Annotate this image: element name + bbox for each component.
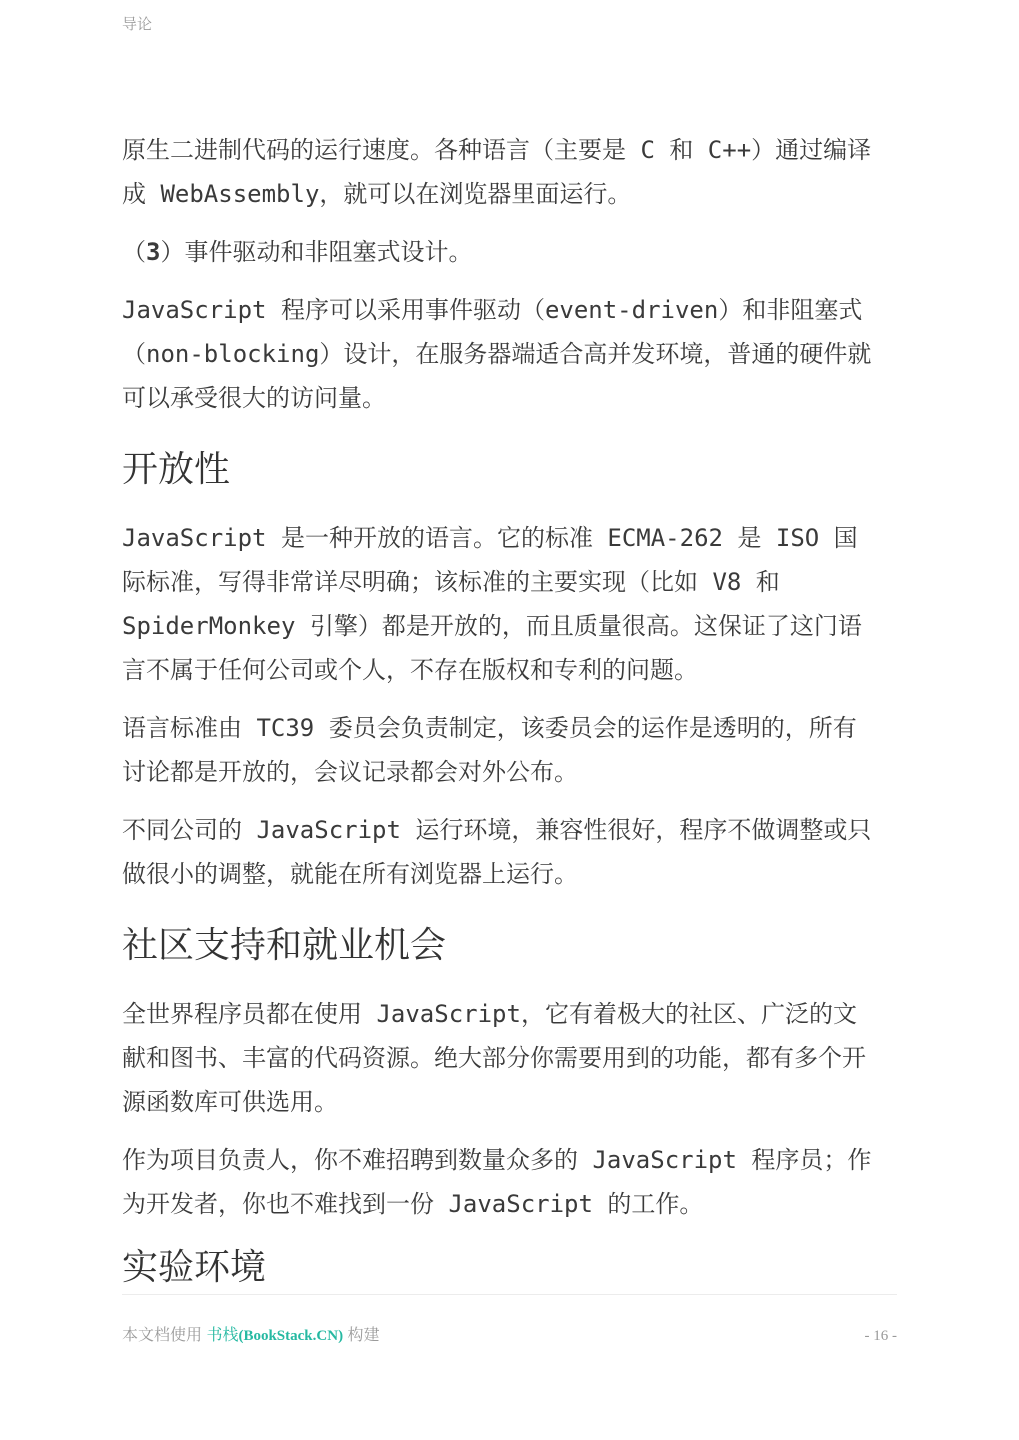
paragraph-community: 全世界程序员都在使用 JavaScript，它有着极大的社区、广泛的文 献和图书… [122, 992, 897, 1124]
bookstack-link-cn: 书栈 [206, 1327, 238, 1344]
page-footer: 本文档使用 书栈(BookStack.CN) 构建 - 16 - [122, 1295, 897, 1347]
item-3-pre: （ [122, 238, 146, 266]
paragraph-event-driven: JavaScript 程序可以采用事件驱动（event-driven）和非阻塞式… [122, 288, 897, 420]
item-3-number: 3 [146, 238, 160, 266]
text-line: （non-blocking）设计，在服务器端适合高并发环境，普通的硬件就 [122, 332, 897, 376]
section-heading-community: 社区支持和就业机会 [122, 924, 897, 966]
paragraph-tc39: 语言标准由 TC39 委员会负责制定，该委员会的运作是透明的，所有 讨论都是开放… [122, 706, 897, 794]
text-line: JavaScript 程序可以采用事件驱动（event-driven）和非阻塞式 [122, 288, 897, 332]
article-body: 原生二进制代码的运行速度。各种语言（主要是 C 和 C++）通过编译 成 Web… [122, 128, 897, 1347]
bookstack-link[interactable]: 书栈(BookStack.CN) [206, 1327, 343, 1344]
build-note-prefix: 本文档使用 [122, 1327, 206, 1344]
text-line: 言不属于任何公司或个人，不存在版权和专利的问题。 [122, 648, 897, 692]
paragraph-jobs: 作为项目负责人，你不难招聘到数量众多的 JavaScript 程序员；作 为开发… [122, 1138, 897, 1226]
item-3-post: ）事件驱动和非阻塞式设计。 [160, 238, 472, 266]
text-line: 讨论都是开放的，会议记录都会对外公布。 [122, 750, 897, 794]
paragraph-compatibility: 不同公司的 JavaScript 运行环境，兼容性很好，程序不做调整或只 做很小… [122, 808, 897, 896]
text-line: 语言标准由 TC39 委员会负责制定，该委员会的运作是透明的，所有 [122, 706, 897, 750]
text-line: 际标准，写得非常详尽明确；该标准的主要实现（比如 V8 和 [122, 560, 897, 604]
text-line: 源函数库可供选用。 [122, 1080, 897, 1124]
text-line: 做很小的调整，就能在所有浏览器上运行。 [122, 852, 897, 896]
breadcrumb: 导论 [122, 15, 897, 35]
paragraph-item-3: （3）事件驱动和非阻塞式设计。 [122, 230, 897, 274]
text-line: JavaScript 是一种开放的语言。它的标准 ECMA-262 是 ISO … [122, 516, 897, 560]
text-line: 原生二进制代码的运行速度。各种语言（主要是 C 和 C++）通过编译 [122, 128, 897, 172]
text-line: 不同公司的 JavaScript 运行环境，兼容性很好，程序不做调整或只 [122, 808, 897, 852]
text-line: 作为项目负责人，你不难招聘到数量众多的 JavaScript 程序员；作 [122, 1138, 897, 1182]
text-line: （3）事件驱动和非阻塞式设计。 [122, 230, 897, 274]
build-note: 本文档使用 书栈(BookStack.CN) 构建 [122, 1325, 380, 1347]
text-line: 献和图书、丰富的代码资源。绝大部分你需要用到的功能，都有多个开 [122, 1036, 897, 1080]
text-line: 为开发者，你也不难找到一份 JavaScript 的工作。 [122, 1182, 897, 1226]
paragraph-native-speed: 原生二进制代码的运行速度。各种语言（主要是 C 和 C++）通过编译 成 Web… [122, 128, 897, 216]
text-line: 全世界程序员都在使用 JavaScript，它有着极大的社区、广泛的文 [122, 992, 897, 1036]
text-line: 成 WebAssembly，就可以在浏览器里面运行。 [122, 172, 897, 216]
paragraph-open-standard: JavaScript 是一种开放的语言。它的标准 ECMA-262 是 ISO … [122, 516, 897, 692]
page-number: - 16 - [865, 1325, 898, 1347]
section-heading-openness: 开放性 [122, 448, 897, 490]
section-heading-lab-environment: 实验环境 [122, 1246, 897, 1288]
text-line: 可以承受很大的访问量。 [122, 376, 897, 420]
text-line: SpiderMonkey 引擎）都是开放的，而且质量很高。这保证了这门语 [122, 604, 897, 648]
document-page: 导论 原生二进制代码的运行速度。各种语言（主要是 C 和 C++）通过编译 成 … [0, 0, 1019, 1440]
build-note-suffix: 构建 [343, 1327, 379, 1344]
bookstack-link-en: (BookStack.CN) [238, 1328, 343, 1344]
